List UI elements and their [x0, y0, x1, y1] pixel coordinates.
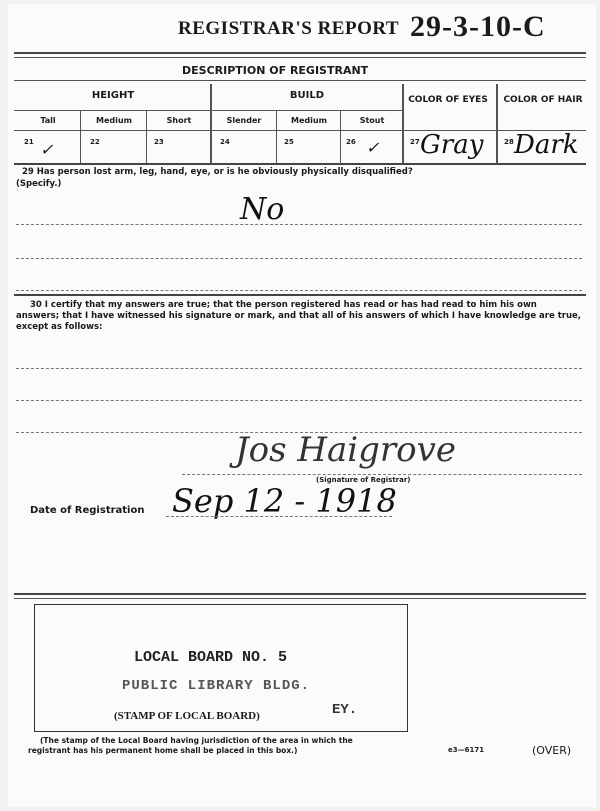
field-num: 26 [346, 138, 356, 146]
question-29-answer: No [240, 192, 284, 227]
question-29-specify: (Specify.) [16, 179, 61, 190]
col-build-medium: Medium [278, 116, 340, 125]
registration-date-value: Sep 12 - 1918 [172, 482, 397, 520]
field-num: 21 [24, 138, 34, 146]
field-num: 28 [504, 138, 514, 146]
eye-color-value: Gray [420, 130, 483, 160]
stamp-line-1: LOCAL BOARD NO. 5 [134, 649, 287, 666]
tall-mark: ✓ [40, 140, 53, 159]
col-slender: Slender [212, 116, 276, 125]
stamp-line-2: PUBLIC LIBRARY BLDG. [122, 678, 310, 694]
height-header: HEIGHT [16, 90, 210, 101]
field-num: 24 [220, 138, 230, 146]
build-header: BUILD [212, 90, 402, 101]
registration-date-label: Date of Registration [30, 505, 144, 516]
hair-color-value: Dark [514, 130, 579, 160]
question-29-text: 29 Has person lost arm, leg, hand, eye, … [22, 167, 588, 178]
stamp-line-3: EY. [332, 702, 357, 718]
field-num: 23 [154, 138, 164, 146]
field-num: 22 [90, 138, 100, 146]
form-code: e3—6171 [448, 746, 484, 754]
field-num: 27 [410, 138, 420, 146]
col-height-medium: Medium [82, 116, 146, 125]
stout-mark: ✓ [366, 138, 379, 157]
stamp-caption: (STAMP OF LOCAL BOARD) [114, 710, 260, 722]
form-title: REGISTRAR'S REPORT [178, 18, 399, 40]
section-title: DESCRIPTION OF REGISTRANT [182, 64, 368, 77]
question-30-text: 30 I certify that my answers are true; t… [16, 300, 582, 333]
registrar-signature: Jos Haigrove [235, 430, 456, 470]
hair-header: COLOR OF HAIR [500, 94, 586, 106]
serial-number: 29-3-10-C [410, 10, 546, 44]
col-tall: Tall [16, 116, 80, 125]
stamp-instructions: (The stamp of the Local Board having jur… [28, 736, 358, 756]
eyes-header: COLOR OF EYES [404, 94, 492, 106]
field-num: 25 [284, 138, 294, 146]
over-label: (OVER) [532, 744, 571, 757]
col-stout: Stout [342, 116, 402, 125]
col-short: Short [148, 116, 210, 125]
